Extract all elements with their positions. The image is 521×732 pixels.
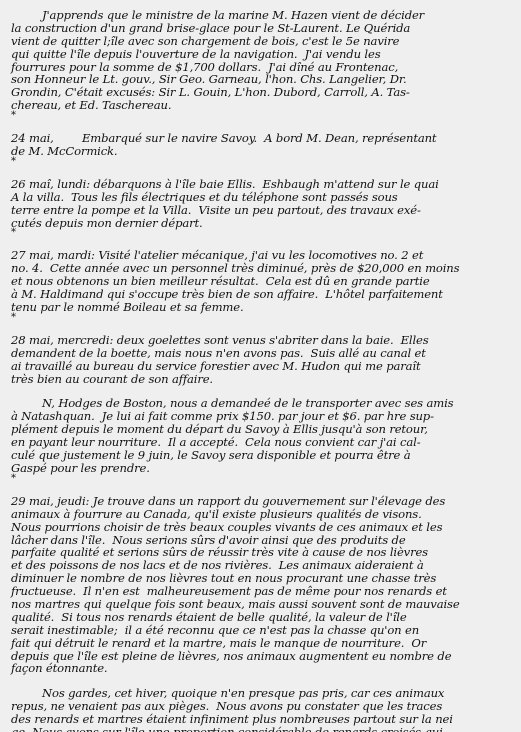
text-line: fait qui détruit le renard et la martre,… <box>11 637 521 650</box>
text-line: façon étonnante. <box>11 662 521 675</box>
text-line: J'apprends que le ministre de la marine … <box>11 9 521 22</box>
typewritten-text-body: J'apprends que le ministre de la marine … <box>11 9 521 732</box>
text-line: serait inestimable; il a été reconnu que… <box>11 624 521 637</box>
text-line: la construction d'un grand brise-glace p… <box>11 22 521 35</box>
text-line: 26 maî, lundi: débarquons à l'île baie E… <box>11 178 521 191</box>
text-line: demandent de la boette, mais nous n'en a… <box>11 347 521 360</box>
text-line: qui quitte l'île depuis l'ouverture de l… <box>11 48 521 61</box>
text-line: cutés depuis mon dernier départ. <box>11 217 521 230</box>
text-line: tenu par le nommé Boileau et sa femme. <box>11 301 521 314</box>
text-line: A la villa. Tous les fils électriques et… <box>11 191 521 204</box>
text-line: Nous pourrions choisir de très beaux cou… <box>11 521 521 534</box>
text-line: animaux à fourrure au Canada, qu'il exis… <box>11 508 521 521</box>
paragraph-28-mai: 28 mai, mercredi: deux goelettes sont ve… <box>11 334 521 386</box>
paragraph-hodges: N, Hodges de Boston, nous a demandeé de … <box>11 397 521 482</box>
entry-separator-asterisk: * <box>11 475 521 483</box>
paragraph-27-mai: 27 mai, mardi: Visité l'atelier mécaniqu… <box>11 249 521 321</box>
paragraph-26-mai: 26 maî, lundi: débarquons à l'île baie E… <box>11 178 521 238</box>
text-line: vient de quitter l;île avec son chargeme… <box>11 35 521 48</box>
entry-separator-asterisk: * <box>11 112 521 120</box>
paragraph-gardes: Nos gardes, cet hiver, quoique n'en pres… <box>11 687 521 732</box>
paragraph-29-mai: 29 mai, jeudi: Je trouve dans un rapport… <box>11 495 521 675</box>
text-line: ge. Nous avons sur l'île une proportion … <box>11 726 521 732</box>
text-line: culé que justement le 9 juin, le Savoy s… <box>11 449 521 462</box>
text-line: Gaspé pour les prendre. <box>11 462 521 475</box>
text-line: 29 mai, jeudi: Je trouve dans un rapport… <box>11 495 521 508</box>
paragraph-intro: J'apprends que le ministre de la marine … <box>11 9 521 120</box>
entry-separator-asterisk: * <box>11 229 521 237</box>
document-page: J'apprends que le ministre de la marine … <box>0 0 521 732</box>
text-line: terre entre la pompe et la Villa. Visite… <box>11 204 521 217</box>
text-line: chereau, et Ed. Taschereau. <box>11 99 521 112</box>
entry-separator-asterisk: * <box>11 158 521 166</box>
text-line: qualité. Si tous nos renards étaient de … <box>11 611 521 624</box>
text-line: de M. McCormick. <box>11 145 521 158</box>
text-line: ai travaillé au bureau du service forest… <box>11 360 521 373</box>
text-line: nos martres qui quelque fois sont beaux,… <box>11 598 521 611</box>
text-line: très bien au courant de son affaire. <box>11 373 521 386</box>
entry-separator-asterisk: * <box>11 314 521 322</box>
paragraph-24-mai: 24 mai, Embarqué sur le navire Savoy. A … <box>11 132 521 166</box>
text-line: 28 mai, mercredi: deux goelettes sont ve… <box>11 334 521 347</box>
